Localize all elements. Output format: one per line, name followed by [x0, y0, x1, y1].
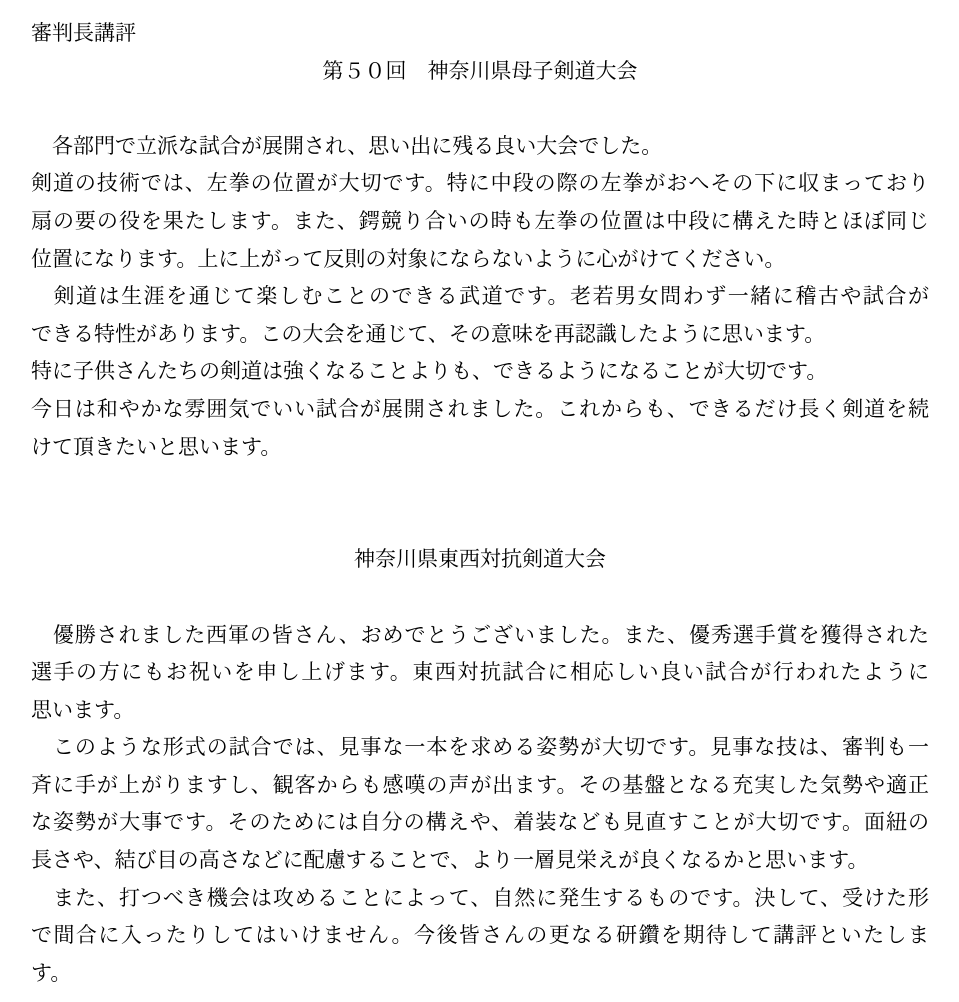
text-line: で間合に入ったりしてはいけません。今後皆さんの更なる研鑽を期待して講評といたしま — [31, 917, 929, 955]
blank-line — [31, 504, 929, 542]
text-line: 選手の方にもお祝いを申し上げます。東西対抗試合に相応しい良い試合が行われたように — [31, 654, 929, 692]
blank-line — [31, 90, 929, 128]
section-2-body: 優勝されました西軍の皆さん、おめでとうございました。また、優秀選手賞を獲得された… — [31, 617, 929, 993]
text-line: できる特性があります。この大会を通じて、その意味を再認識したように思います。 — [31, 316, 929, 354]
text-line: 今日は和やかな雰囲気でいい試合が展開されました。これからも、できるだけ長く剣道を… — [31, 391, 929, 429]
text-line: な姿勢が大事です。そのためには自分の構えや、着装なども見直すことが大切です。面紐… — [31, 804, 929, 842]
text-line: 特に子供さんたちの剣道は強くなることよりも、できるようになることが大切です。 — [31, 353, 929, 391]
section-1-title: 第５０回 神奈川県母子剣道大会 — [31, 53, 929, 91]
text-line: 斉に手が上がりますし、観客からも感嘆の声が出ます。その基盤となる充実した気勢や適… — [31, 767, 929, 805]
doc-header: 審判長講評 — [31, 15, 929, 53]
text-line: 扇の要の役を果たします。また、鍔競り合いの時も左拳の位置は中段に構えた時とほぼ同… — [31, 203, 929, 241]
section-1-body: 各部門で立派な試合が展開され、思い出に残る良い大会でした。剣道の技術では、左拳の… — [31, 128, 929, 466]
text-line: このような形式の試合では、見事な一本を求める姿勢が大切です。見事な技は、審判も一 — [31, 729, 929, 767]
section-2-title: 神奈川県東西対抗剣道大会 — [31, 541, 929, 579]
blank-line — [31, 579, 929, 617]
text-line: また、打つべき機会は攻めることによって、自然に発生するものです。決して、受けた形 — [31, 880, 929, 918]
text-line: 思います。 — [31, 692, 929, 730]
text-line: 剣道は生涯を通じて楽しむことのできる武道です。老若男女問わず一緒に稽古や試合が — [31, 278, 929, 316]
text-line: 長さや、結び目の高さなどに配慮することで、より一層見栄えが良くなるかと思います。 — [31, 842, 929, 880]
text-line: けて頂きたいと思います。 — [31, 429, 929, 467]
text-line: 位置になります。上に上がって反則の対象にならないように心がけてください。 — [31, 241, 929, 279]
blank-line — [31, 466, 929, 504]
text-line: 優勝されました西軍の皆さん、おめでとうございました。また、優秀選手賞を獲得された — [31, 617, 929, 655]
document-page: 審判長講評 第５０回 神奈川県母子剣道大会 各部門で立派な試合が展開され、思い出… — [0, 0, 959, 1002]
text-line: 剣道の技術では、左拳の位置が大切です。特に中段の際の左拳がおへその下に収まってお… — [31, 165, 929, 203]
text-line: 各部門で立派な試合が展開され、思い出に残る良い大会でした。 — [31, 128, 929, 166]
text-line: す。 — [31, 955, 929, 993]
